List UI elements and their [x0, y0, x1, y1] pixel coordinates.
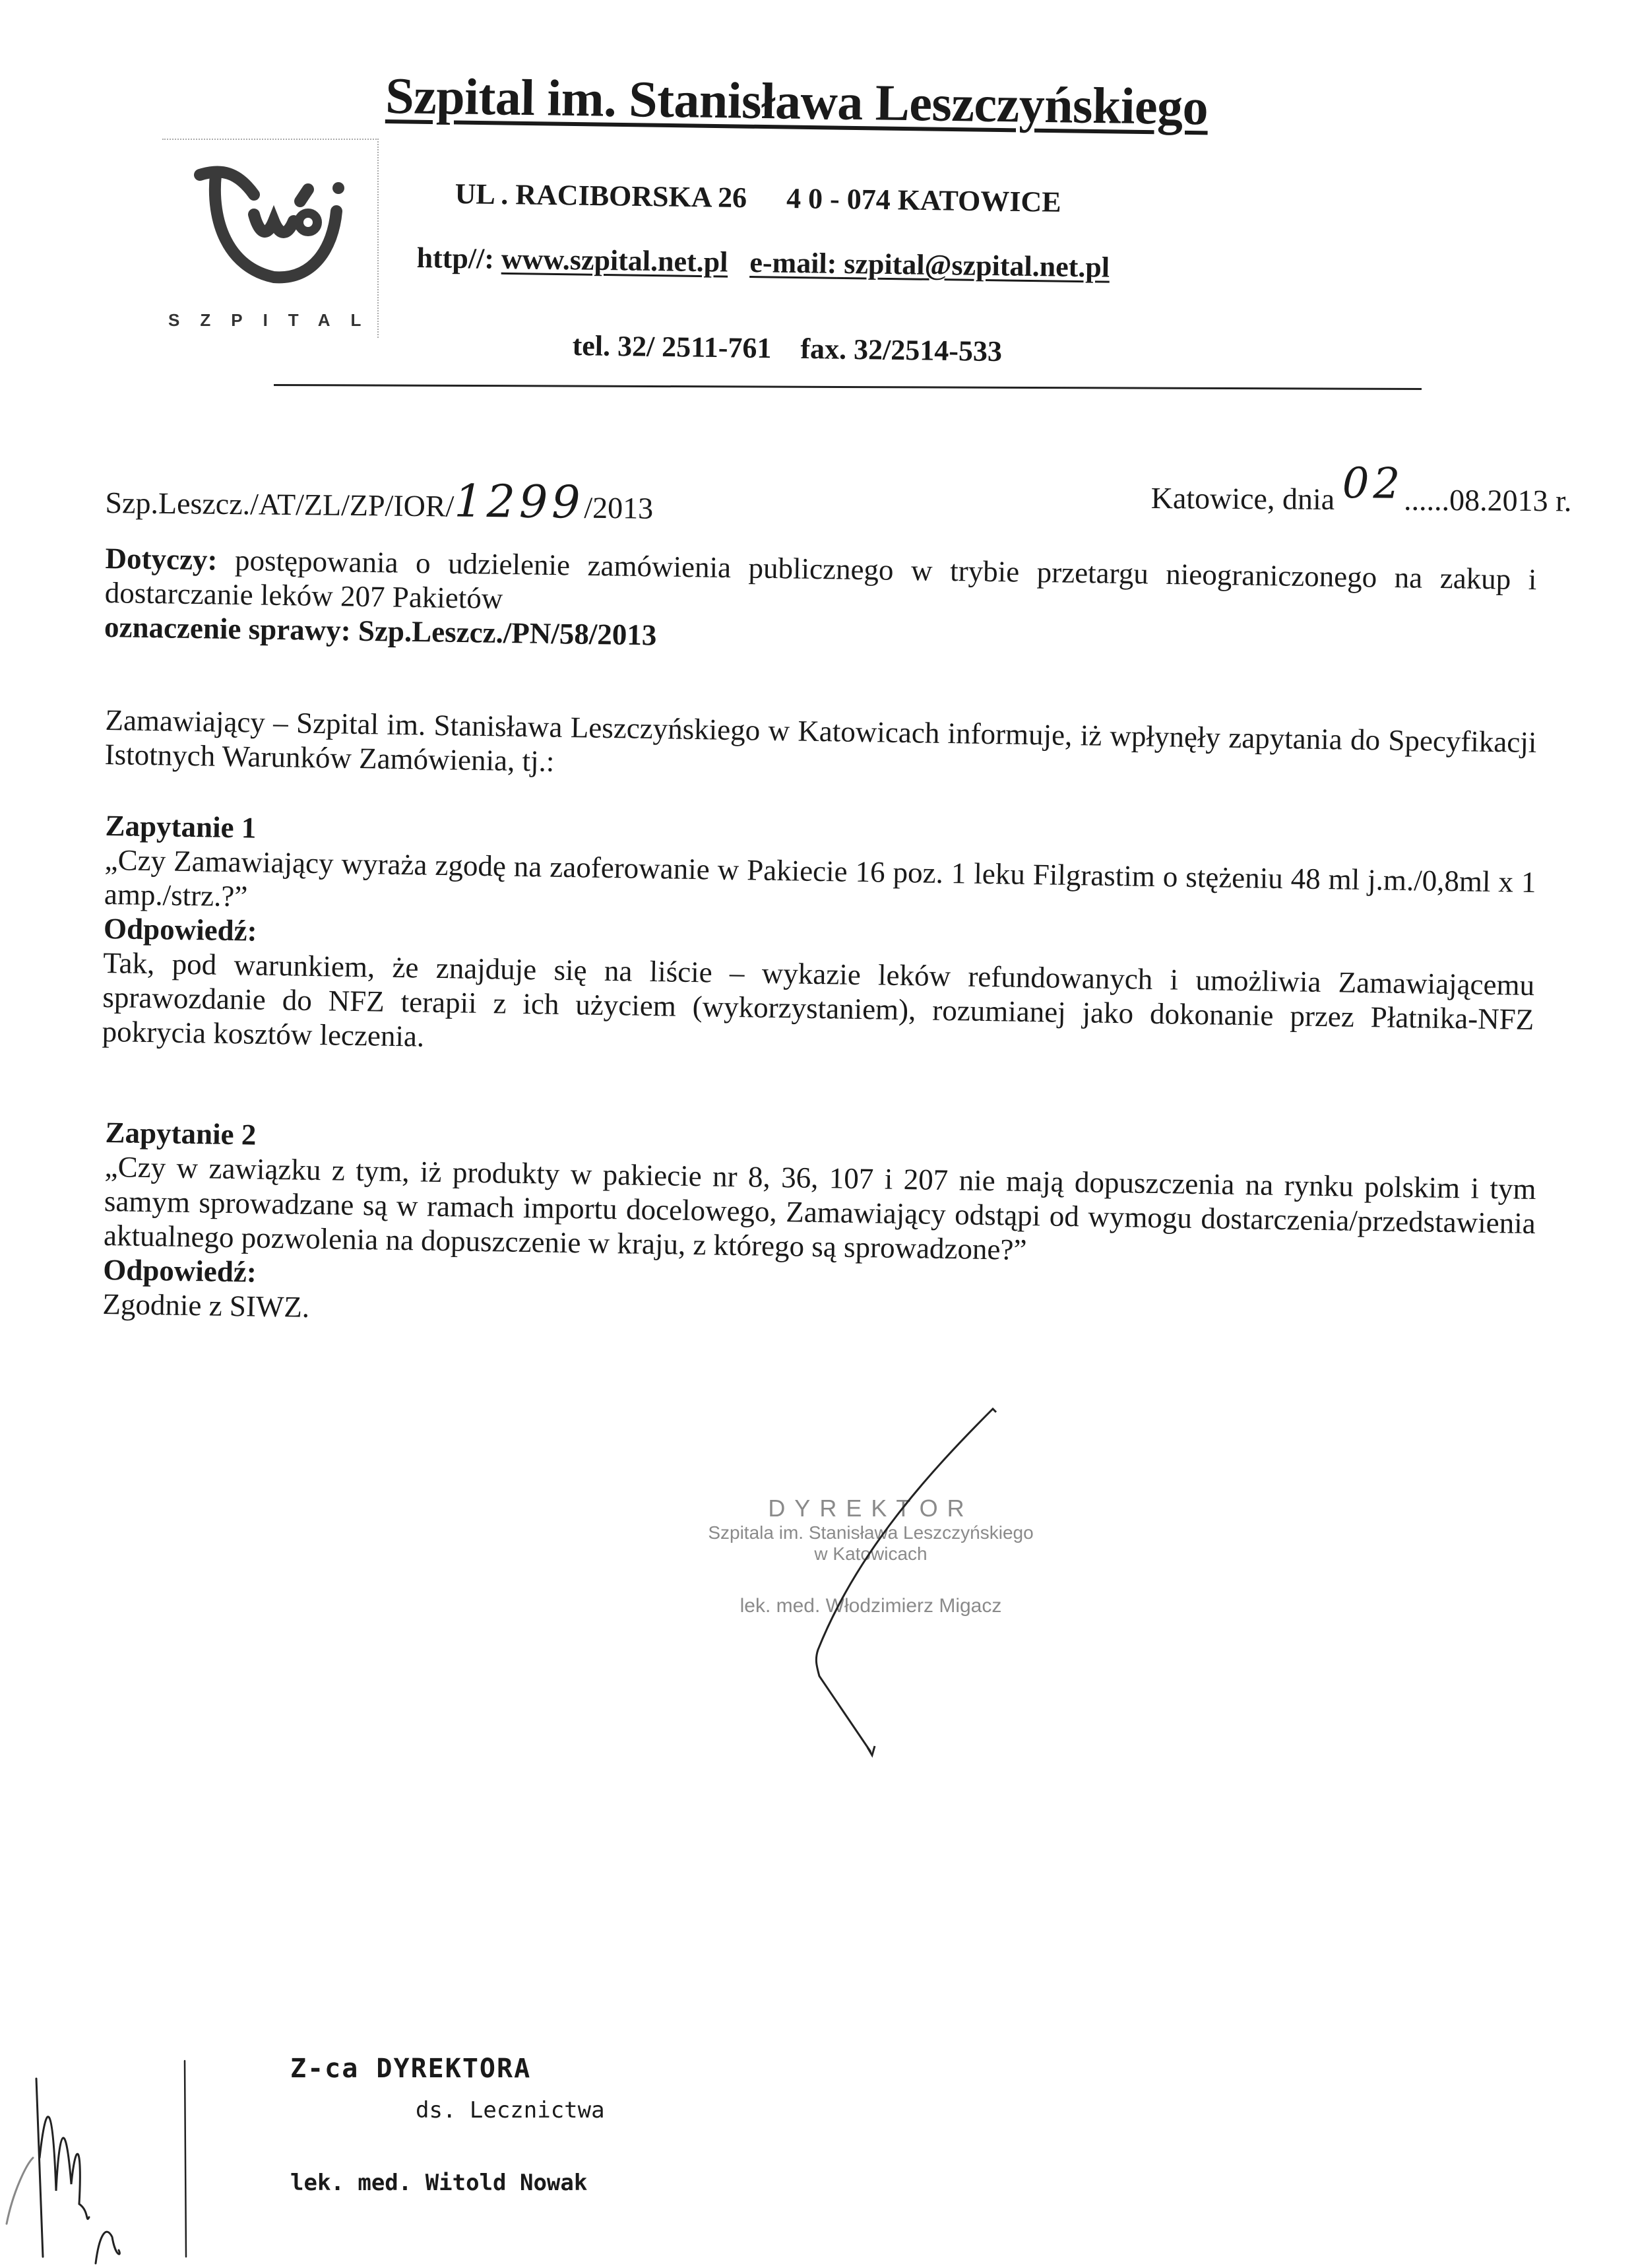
date-suffix: ......08.2013 r.	[1404, 483, 1572, 518]
intro-paragraph: Zamawiający – Szpital im. Stanisława Les…	[104, 703, 1536, 794]
logo-wordmark: SZPITAL	[168, 310, 381, 331]
letterhead-divider	[274, 384, 1422, 390]
phone-fax-line: tel. 32/ 2511-761 fax. 32/2514-533	[572, 329, 1002, 368]
question-2: Zapytanie 2 „Czy w zawiązku z tym, iż pr…	[102, 1115, 1537, 1344]
phone: tel. 32/ 2511-761	[572, 329, 772, 364]
handwritten-number: 1299	[454, 476, 584, 529]
address-line: UL . RACIBORSKA 264 0 - 074 KATOWICE	[455, 177, 1061, 219]
address-postal-city: 4 0 - 074 KATOWICE	[786, 182, 1061, 218]
reference-number: Szp.Leszcz./AT/ZL/ZP/IOR/1299/2013	[105, 472, 654, 530]
hospital-logo-icon	[181, 148, 353, 300]
fax: fax. 32/2514-533	[800, 333, 1002, 368]
reference-prefix: Szp.Leszcz./AT/ZL/ZP/IOR/	[105, 486, 454, 523]
deputy-signature-icon	[0, 2059, 396, 2268]
director-signature-icon	[759, 1399, 1009, 1768]
subject-label: Dotyczy:	[105, 542, 218, 577]
question-1: Zapytanie 1 „Czy Zamawiający wyraża zgod…	[102, 808, 1536, 1071]
hospital-name: Szpital im. Stanisława Leszczyńskiego	[385, 66, 1209, 137]
date-prefix: Katowice, dnia	[1151, 481, 1342, 516]
email-link[interactable]: szpital@szpital.net.pl	[844, 247, 1110, 284]
date-line: Katowice, dnia 02......08.2013 r.	[1150, 470, 1571, 521]
web-email-line: http//: www.szpital.net.pl e-mail: szpit…	[416, 241, 1110, 284]
handwritten-day: 02	[1342, 459, 1404, 509]
website-link[interactable]: www.szpital.net.pl	[501, 243, 728, 278]
subject-text: postępowania o udzielenie zamówienia pub…	[104, 544, 1536, 615]
subject-block: Dotyczy: postępowania o udzielenie zamów…	[104, 541, 1537, 665]
email-label: e-mail:	[749, 246, 837, 280]
web-label: http//:	[416, 242, 494, 275]
reference-suffix: /2013	[584, 491, 653, 525]
answer-text: Tak, pod warunkiem, że znajduje się na l…	[102, 946, 1534, 1071]
stamp-dept: ds. Lecznictwa	[416, 2097, 605, 2123]
address-street: UL . RACIBORSKA 26	[455, 178, 747, 214]
